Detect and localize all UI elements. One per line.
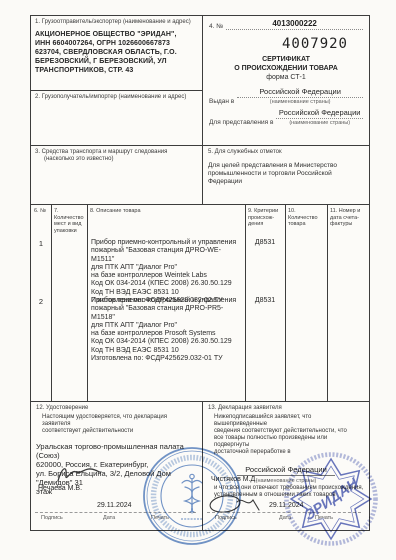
signature-line <box>207 512 361 513</box>
official-marks-label: 5. Для служебных отметок <box>208 149 364 156</box>
date-caption: Дата <box>103 515 115 521</box>
row2-description: Прибор приемно-контрольный и управления … <box>87 297 245 363</box>
signature-caption: Подпись <box>41 515 63 521</box>
consignee-label: 2. Грузополучатель/импортер (наименовани… <box>35 94 198 101</box>
bottom-section: 12. Удостоверение Настоящим удостоверяет… <box>30 402 370 531</box>
official-marks-value: Для целей представления в Министерство п… <box>208 162 364 186</box>
row1-packages <box>51 239 87 305</box>
blank-serial-number: 4007920 <box>209 36 363 52</box>
consignor-box: 1. Грузоотправитель/экспортер (наименова… <box>31 16 202 91</box>
header-description: 8. Описание товара <box>87 205 245 234</box>
table-row: 2 Прибор приемно-контрольный и управлени… <box>31 297 369 363</box>
row2-packages <box>51 297 87 363</box>
certifier-name: Нечаева М.В. <box>38 485 82 492</box>
top-section: 1. Грузоотправитель/экспортер (наименова… <box>30 15 370 205</box>
header-invoice: 11. Номер и дата счета- фактуры <box>327 205 371 234</box>
consignor-value: АКЦИОНЕРНОЕ ОБЩЕСТВО "ЭРИДАН", ИНН 66040… <box>35 30 198 75</box>
row1-description: Прибор приемно-контрольный и управления … <box>87 239 245 305</box>
table-header-row: 6. № 7. Количество мест и вид упаковки 8… <box>31 205 369 234</box>
certificate-title-line2: О ПРОИСХОЖДЕНИИ ТОВАРА <box>209 65 363 74</box>
certificate-number: 4013000222 <box>226 19 363 30</box>
consignee-box: 2. Грузополучатель/импортер (наименовани… <box>31 91 202 146</box>
row2-number: 2 <box>31 297 51 363</box>
declaration-box: 13. Декларация заявителя Нижеподписавший… <box>203 402 369 530</box>
certifier-signature <box>55 463 103 485</box>
date-caption: Дата <box>279 515 291 521</box>
header-quantity: 10. Количество товара <box>285 205 327 234</box>
certificate-of-origin-page: 1. Грузоотправитель/экспортер (наименова… <box>0 0 396 560</box>
top-right-column: 4. № 4013000222 4007920 СЕРТИФИКАТ О ПРО… <box>203 16 369 204</box>
certificate-title-line1: СЕРТИФИКАТ <box>209 56 363 65</box>
top-left-column: 1. Грузоотправитель/экспортер (наименова… <box>31 16 203 204</box>
row1-origin-criteria: Д8531 <box>245 239 285 305</box>
table-row: 1 Прибор приемно-контрольный и управлени… <box>31 239 369 305</box>
goods-table: 6. № 7. Количество мест и вид упаковки 8… <box>30 205 370 402</box>
seal-caption: Печать <box>315 515 333 521</box>
certification-label: 12. Удостоверение <box>36 405 197 412</box>
row1-invoice <box>327 239 371 305</box>
certificate-form-name: форма СТ-1 <box>209 74 363 81</box>
signature-line <box>35 512 196 513</box>
official-marks-box: 5. Для служебных отметок Для целей предс… <box>203 146 369 204</box>
header-packages: 7. Количество мест и вид упаковки <box>51 205 87 234</box>
presented-in-hint: (наименование страны) <box>276 120 363 126</box>
row1-number: 1 <box>31 239 51 305</box>
declaration-text1: Нижеподписавшийся заявляет, что вышеприв… <box>208 414 364 456</box>
declaration-country: Российской Федерации <box>237 465 335 476</box>
presented-in-value: Российской Федерации <box>276 108 363 119</box>
issued-in-label: Выдан в <box>209 98 234 105</box>
seal-caption: Печать <box>151 515 169 521</box>
transport-box: 3. Средства транспорта и маршрут следова… <box>31 146 202 204</box>
declaration-label: 13. Декларация заявителя <box>208 405 364 412</box>
certification-text: Настоящим удостоверяется, что декларация… <box>36 414 197 435</box>
transport-label-line2: (насколько это известно) <box>35 156 198 163</box>
declarant-name: Чистяков М.Д. <box>211 476 257 483</box>
certificate-number-box: 4. № 4013000222 4007920 СЕРТИФИКАТ О ПРО… <box>203 16 369 146</box>
row2-quantity <box>285 297 327 363</box>
presented-in-label: Для представления в <box>209 119 273 126</box>
row2-origin-criteria: Д8531 <box>245 297 285 363</box>
header-item-number: 6. № <box>31 205 51 234</box>
declaration-date: 29.11.2024 <box>269 502 304 509</box>
certification-box: 12. Удостоверение Настоящим удостоверяет… <box>31 402 203 530</box>
row2-invoice <box>327 297 371 363</box>
issued-in-value: Российской Федерации <box>237 87 363 98</box>
header-origin-criteria: 9. Критерии происхож- дения <box>245 205 285 234</box>
consignor-label: 1. Грузоотправитель/экспортер (наименова… <box>35 19 198 26</box>
signature-caption: Подпись <box>215 515 237 521</box>
row1-quantity <box>285 239 327 305</box>
transport-label-line1: 3. Средства транспорта и маршрут следова… <box>35 149 198 156</box>
issued-in-hint: (наименование страны) <box>237 99 363 105</box>
certificate-number-label: 4. № <box>209 23 223 30</box>
certification-date: 29.11.2024 <box>97 502 132 509</box>
